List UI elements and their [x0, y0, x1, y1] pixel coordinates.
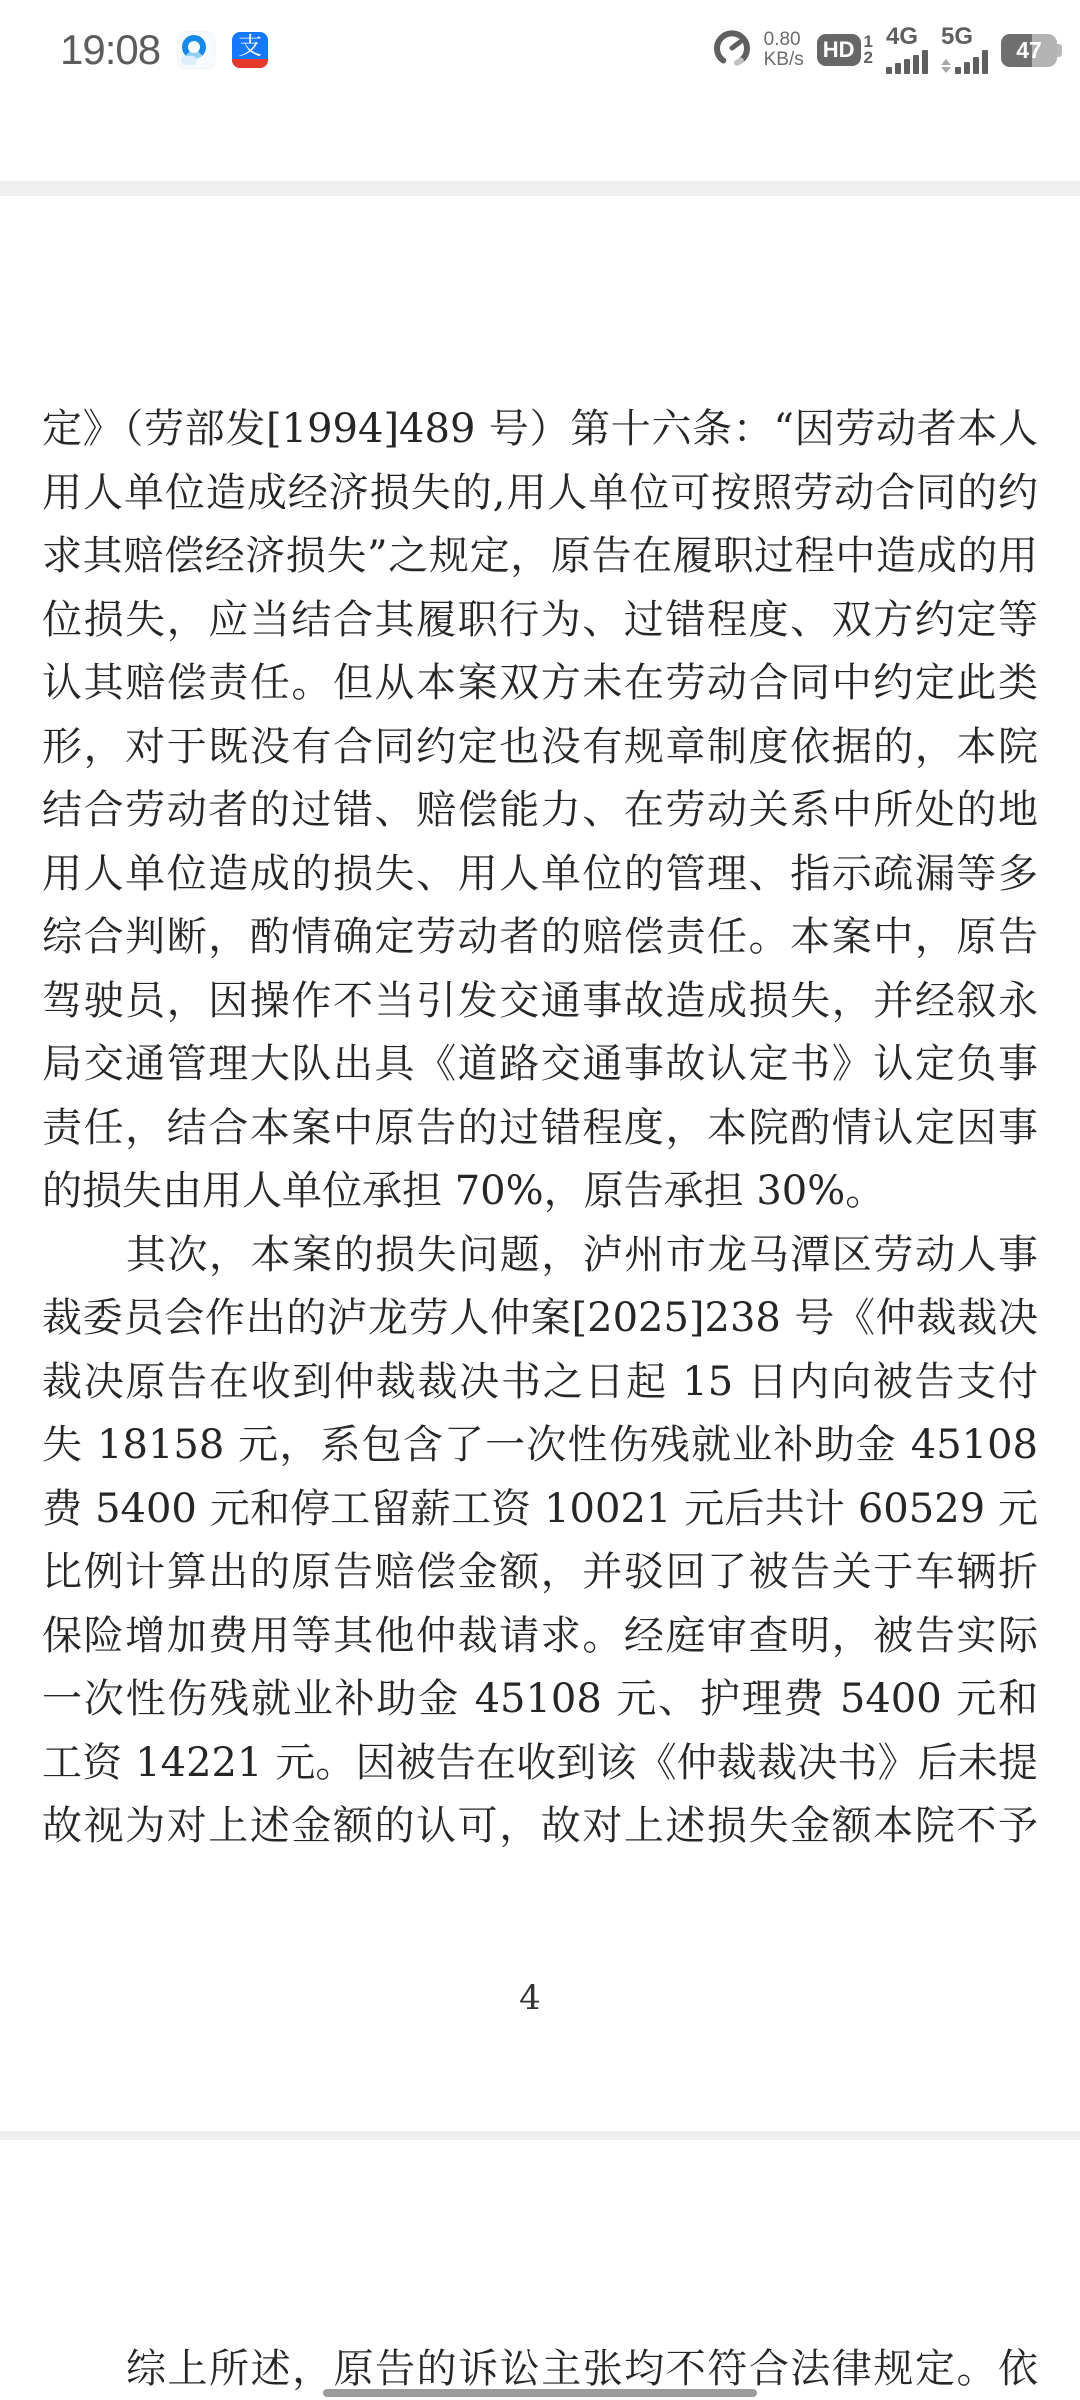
document-page-4[interactable]: 定》（劳部发[1994]489 号）第十六条：“因劳动者本人原因给 用人单位造成… [0, 196, 1080, 2131]
battery-percent-text: 47 [1001, 34, 1057, 67]
signal-bars-5g-icon [941, 50, 988, 74]
page-number: 4 [0, 1978, 1060, 2018]
status-bar-left: 19:08 支 [60, 26, 268, 74]
qq-browser-notification-icon [178, 32, 214, 68]
data-updown-arrows-icon [941, 59, 951, 73]
document-line: 综合判断，酌情确定劳动者的赔偿责任。本案中，原告系车辆 [42, 906, 1038, 970]
document-line: 一次性伤残就业补助金 45108 元、护理费 5400 元和停工留薪 [42, 1668, 1038, 1732]
document-line: 失 18158 元，系包含了一次性伤残就业补助金 45108 元、护理 [42, 1414, 1038, 1478]
document-line: 工资 14221 元。因被告在收到该《仲裁裁决书》后未提起诉讼， [42, 1732, 1038, 1796]
home-indicator-bar[interactable] [323, 2389, 757, 2397]
document-line: 裁决原告在收到仲裁裁决书之日起 15 日内向被告支付经济损 [42, 1351, 1038, 1415]
document-line: 费 5400 元和停工留薪工资 10021 元后共计 60529 元按照 30% [42, 1478, 1038, 1542]
document-line: 结合劳动者的过错、赔偿能力、在劳动关系中所处的地位、给 [42, 779, 1038, 843]
battery-nub [1057, 44, 1062, 57]
sim2-number: 2 [864, 50, 873, 66]
document-line: 驾驶员，因操作不当引发交通事故造成损失，并经叙永县公安 [42, 970, 1038, 1034]
hd-badge: HD [817, 34, 861, 66]
document-line: 用人单位造成经济损失的,用人单位可按照劳动合同的约定要 [42, 462, 1038, 526]
alipay-red-band [232, 59, 268, 68]
page-4-text-block: 定》（劳部发[1994]489 号）第十六条：“因劳动者本人原因给 用人单位造成… [42, 398, 1038, 1859]
document-line: 局交通管理大队出具《道路交通事故认定书》认定负事故全部 [42, 1033, 1038, 1097]
battery-indicator: 47 [1001, 34, 1062, 67]
sim2-signal: 5G [941, 26, 988, 74]
status-bar: 19:08 支 0.80 KB/s [0, 0, 1080, 90]
document-line: 故视为对上述金额的认可，故对上述损失金额本院不予调整。 [42, 1795, 1038, 1859]
network-5g-label: 5G [941, 26, 973, 48]
speed-value: 0.80 [764, 29, 801, 50]
speed-unit: KB/s [764, 49, 804, 70]
phone-screen: 19:08 支 0.80 KB/s [0, 0, 1080, 2400]
document-line: 责任，结合本案中原告的过错程度，本院酌情认定因事故造成 [42, 1097, 1038, 1161]
dual-sim-numbers: 1 2 [864, 34, 873, 66]
document-line: 用人单位造成的损失、用人单位的管理、指示疏漏等多种因素 [42, 843, 1038, 907]
document-line: 位损失，应当结合其履职行为、过错程度、双方约定等因素确 [42, 589, 1038, 653]
document-line: 其次，本案的损失问题，泸州市龙马潭区劳动人事争议仲 [42, 1224, 1038, 1288]
status-bar-right: 0.80 KB/s HD 1 2 4G 5G [713, 26, 1062, 74]
document-page-5[interactable]: 综上所述，原告的诉讼主张均不符合法律规定。依照《中 [0, 2140, 1080, 2400]
qq-cloud-shape [181, 56, 197, 65]
signal-bars-4g-icon [886, 50, 928, 74]
page-gap-separator [0, 181, 1080, 196]
battery-body-icon: 47 [1001, 34, 1057, 67]
document-line: 的损失由用人单位承担 70%，原告承担 30%。 [42, 1160, 1038, 1224]
speedometer-icon [713, 29, 751, 72]
document-line: 比例计算出的原告赔偿金额，并驳回了被告关于车辆折旧费、 [42, 1541, 1038, 1605]
document-line: 保险增加费用等其他仲裁请求。经庭审查明，被告实际支付了 [42, 1605, 1038, 1669]
alipay-glyph: 支 [232, 33, 268, 59]
document-line: 定》（劳部发[1994]489 号）第十六条：“因劳动者本人原因给 [42, 398, 1038, 462]
sim1-signal: 4G [886, 26, 928, 74]
document-line: 认其赔偿责任。但从本案双方未在劳动合同中约定此类赔偿情 [42, 652, 1038, 716]
clock-text: 19:08 [60, 26, 160, 74]
volte-hd-indicator: HD 1 2 [817, 34, 873, 66]
alipay-notification-icon: 支 [232, 32, 268, 68]
network-4g-label: 4G [886, 26, 918, 48]
document-line: 形，对于既没有合同约定也没有规章制度依据的，本院认为应 [42, 716, 1038, 780]
document-line: 裁委员会作出的泸龙劳人仲案[2025]238 号《仲裁裁决书》， [42, 1287, 1038, 1351]
network-speed-indicator: 0.80 KB/s [764, 30, 804, 70]
page-gap-separator [0, 2131, 1080, 2140]
document-line: 求其赔偿经济损失”之规定，原告在履职过程中造成的用人单 [42, 525, 1038, 589]
